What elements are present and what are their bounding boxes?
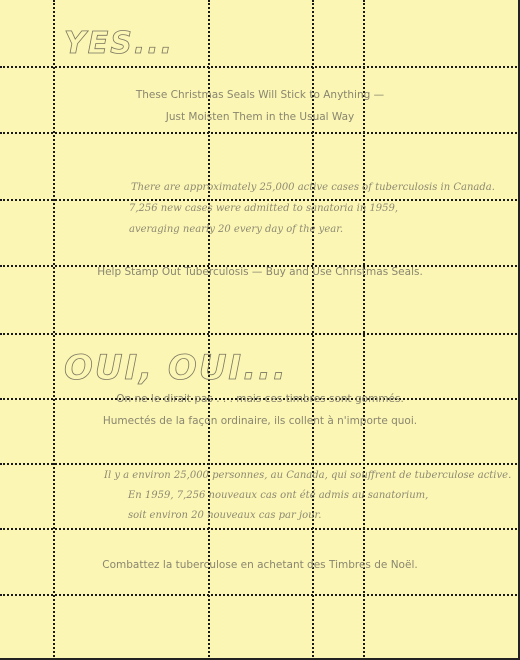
english-stats-line-3: averaging nearly 20 every day of the yea…	[129, 224, 343, 235]
english-adhesive-line-2: Just Moisten Them in the Usual Way	[0, 111, 520, 123]
perforation-row	[0, 594, 520, 596]
english-slogan: Help Stamp Out Tuberculosis — Buy and Us…	[0, 266, 520, 278]
french-stats-line-2: En 1959, 7,256 nouveaux cas ont été admi…	[128, 490, 428, 501]
french-adhesive-line-2: Humectés de la façon ordinaire, ils coll…	[0, 415, 520, 427]
perforation-row	[0, 333, 520, 335]
french-stats-line-3: soit environ 20 nouveaux cas par jour.	[128, 510, 321, 521]
french-stats-line-1: Il y a environ 25,000 personnes, au Cana…	[104, 470, 511, 481]
english-stats-line-2: 7,256 new cases were admitted to sanator…	[129, 203, 398, 214]
english-heading: YES...	[64, 26, 174, 61]
seal-sheet-back: YES... These Christmas Seals Will Stick …	[0, 0, 520, 660]
english-adhesive-line-1: These Christmas Seals Will Stick to Anyt…	[0, 89, 520, 101]
english-stats-line-1: There are approximately 25,000 active ca…	[131, 182, 495, 193]
french-slogan: Combattez la tuberculose en achetant des…	[0, 559, 520, 571]
french-heading: OUI, OUI...	[64, 348, 288, 388]
perforation-row	[0, 66, 520, 68]
perforation-row	[0, 132, 520, 134]
perforation-row	[0, 528, 520, 530]
perforation-row	[0, 463, 520, 465]
french-adhesive-line-1: On ne le dirait pas . . . mais ces timbr…	[0, 393, 520, 405]
perforation-row	[0, 199, 520, 201]
